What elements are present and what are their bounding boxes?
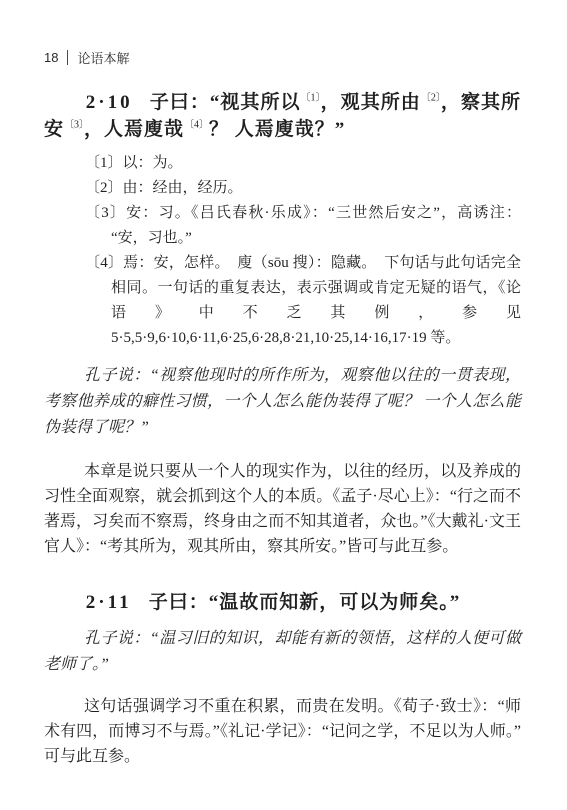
notes-list: 〔1〕以：为。 〔2〕由：经由，经历。 〔3〕安：习。《吕氏春秋·乐成》：“三世… [85, 151, 521, 351]
passage-text: ，人焉廋哉 [84, 119, 184, 140]
footnote-ref-1: 〔1〕 [301, 93, 321, 104]
section-number: 2·10 [86, 92, 133, 113]
passage-2-10: 2·10子曰：“视其所以〔1〕，观其所由〔2〕，察其所安〔3〕，人焉廋哉〔4〕？… [44, 89, 521, 143]
note-item-4: 〔4〕焉：安，怎样。 廋（sōu 搜）：隐藏。 下句话与此句话完全相同。一句话的… [85, 251, 521, 351]
footnote-ref-3: 〔3〕 [64, 120, 84, 131]
footnote-ref-2: 〔2〕 [421, 93, 441, 104]
section-2-10: 2·10子曰：“视其所以〔1〕，观其所由〔2〕，察其所安〔3〕，人焉廋哉〔4〕？… [44, 89, 521, 559]
passage-text: ？ 人焉廋哉？” [209, 119, 345, 140]
page-header: 18 论语本解 [44, 48, 521, 67]
translation-2-10: 孔子说：“视察他现时的所作所为，观察他以往的一贯表现，考察他养成的癖性习惯，一个… [44, 363, 521, 441]
header-divider [67, 50, 68, 65]
book-title: 论语本解 [77, 48, 129, 67]
note-marker: 〔2〕 [85, 180, 123, 196]
passage-text: 子曰：“视其所以 [150, 92, 301, 113]
note-item-1: 〔1〕以：为。 [85, 151, 521, 176]
page-number: 18 [44, 50, 58, 65]
note-marker: 〔4〕 [85, 255, 123, 271]
commentary-2-11: 这句话强调学习不重在积累，而贵在发明。《荀子·致士》：“师术有四，而博习不与焉。… [44, 694, 521, 769]
note-text: 以：为。 [123, 155, 183, 171]
note-text: 安：习。《吕氏春秋·乐成》：“三世然后安之”，高诱注：“安，习也。” [111, 205, 521, 246]
footnote-ref-4: 〔4〕 [184, 120, 209, 131]
passage-text: ，观其所由 [321, 92, 421, 113]
translation-2-11: 孔子说：“温习旧的知识，却能有新的领悟，这样的人便可做老师了。” [44, 626, 521, 678]
note-marker: 〔3〕 [85, 205, 126, 221]
passage-text: 子曰：“温故而知新，可以为师矣。” [149, 592, 461, 613]
note-text: 由：经由，经历。 [123, 180, 243, 196]
commentary-2-10: 本章是说只要从一个人的现实作为，以往的经历，以及养成的习性全面观察，就会抓到这个… [44, 459, 521, 559]
note-item-2: 〔2〕由：经由，经历。 [85, 176, 521, 201]
section-number: 2·11 [86, 592, 132, 613]
note-marker: 〔1〕 [85, 155, 123, 171]
note-text: 焉：安，怎样。 廋（sōu 搜）：隐藏。 下句话与此句话完全相同。一句话的重复表… [111, 255, 521, 346]
section-2-11: 2·11子曰：“温故而知新，可以为师矣。” 孔子说：“温习旧的知识，却能有新的领… [44, 589, 521, 769]
book-page: 18 论语本解 2·10子曰：“视其所以〔1〕，观其所由〔2〕，察其所安〔3〕，… [0, 0, 567, 810]
note-item-3: 〔3〕安：习。《吕氏春秋·乐成》：“三世然后安之”，高诱注：“安，习也。” [85, 201, 521, 251]
passage-2-11: 2·11子曰：“温故而知新，可以为师矣。” [44, 589, 521, 616]
